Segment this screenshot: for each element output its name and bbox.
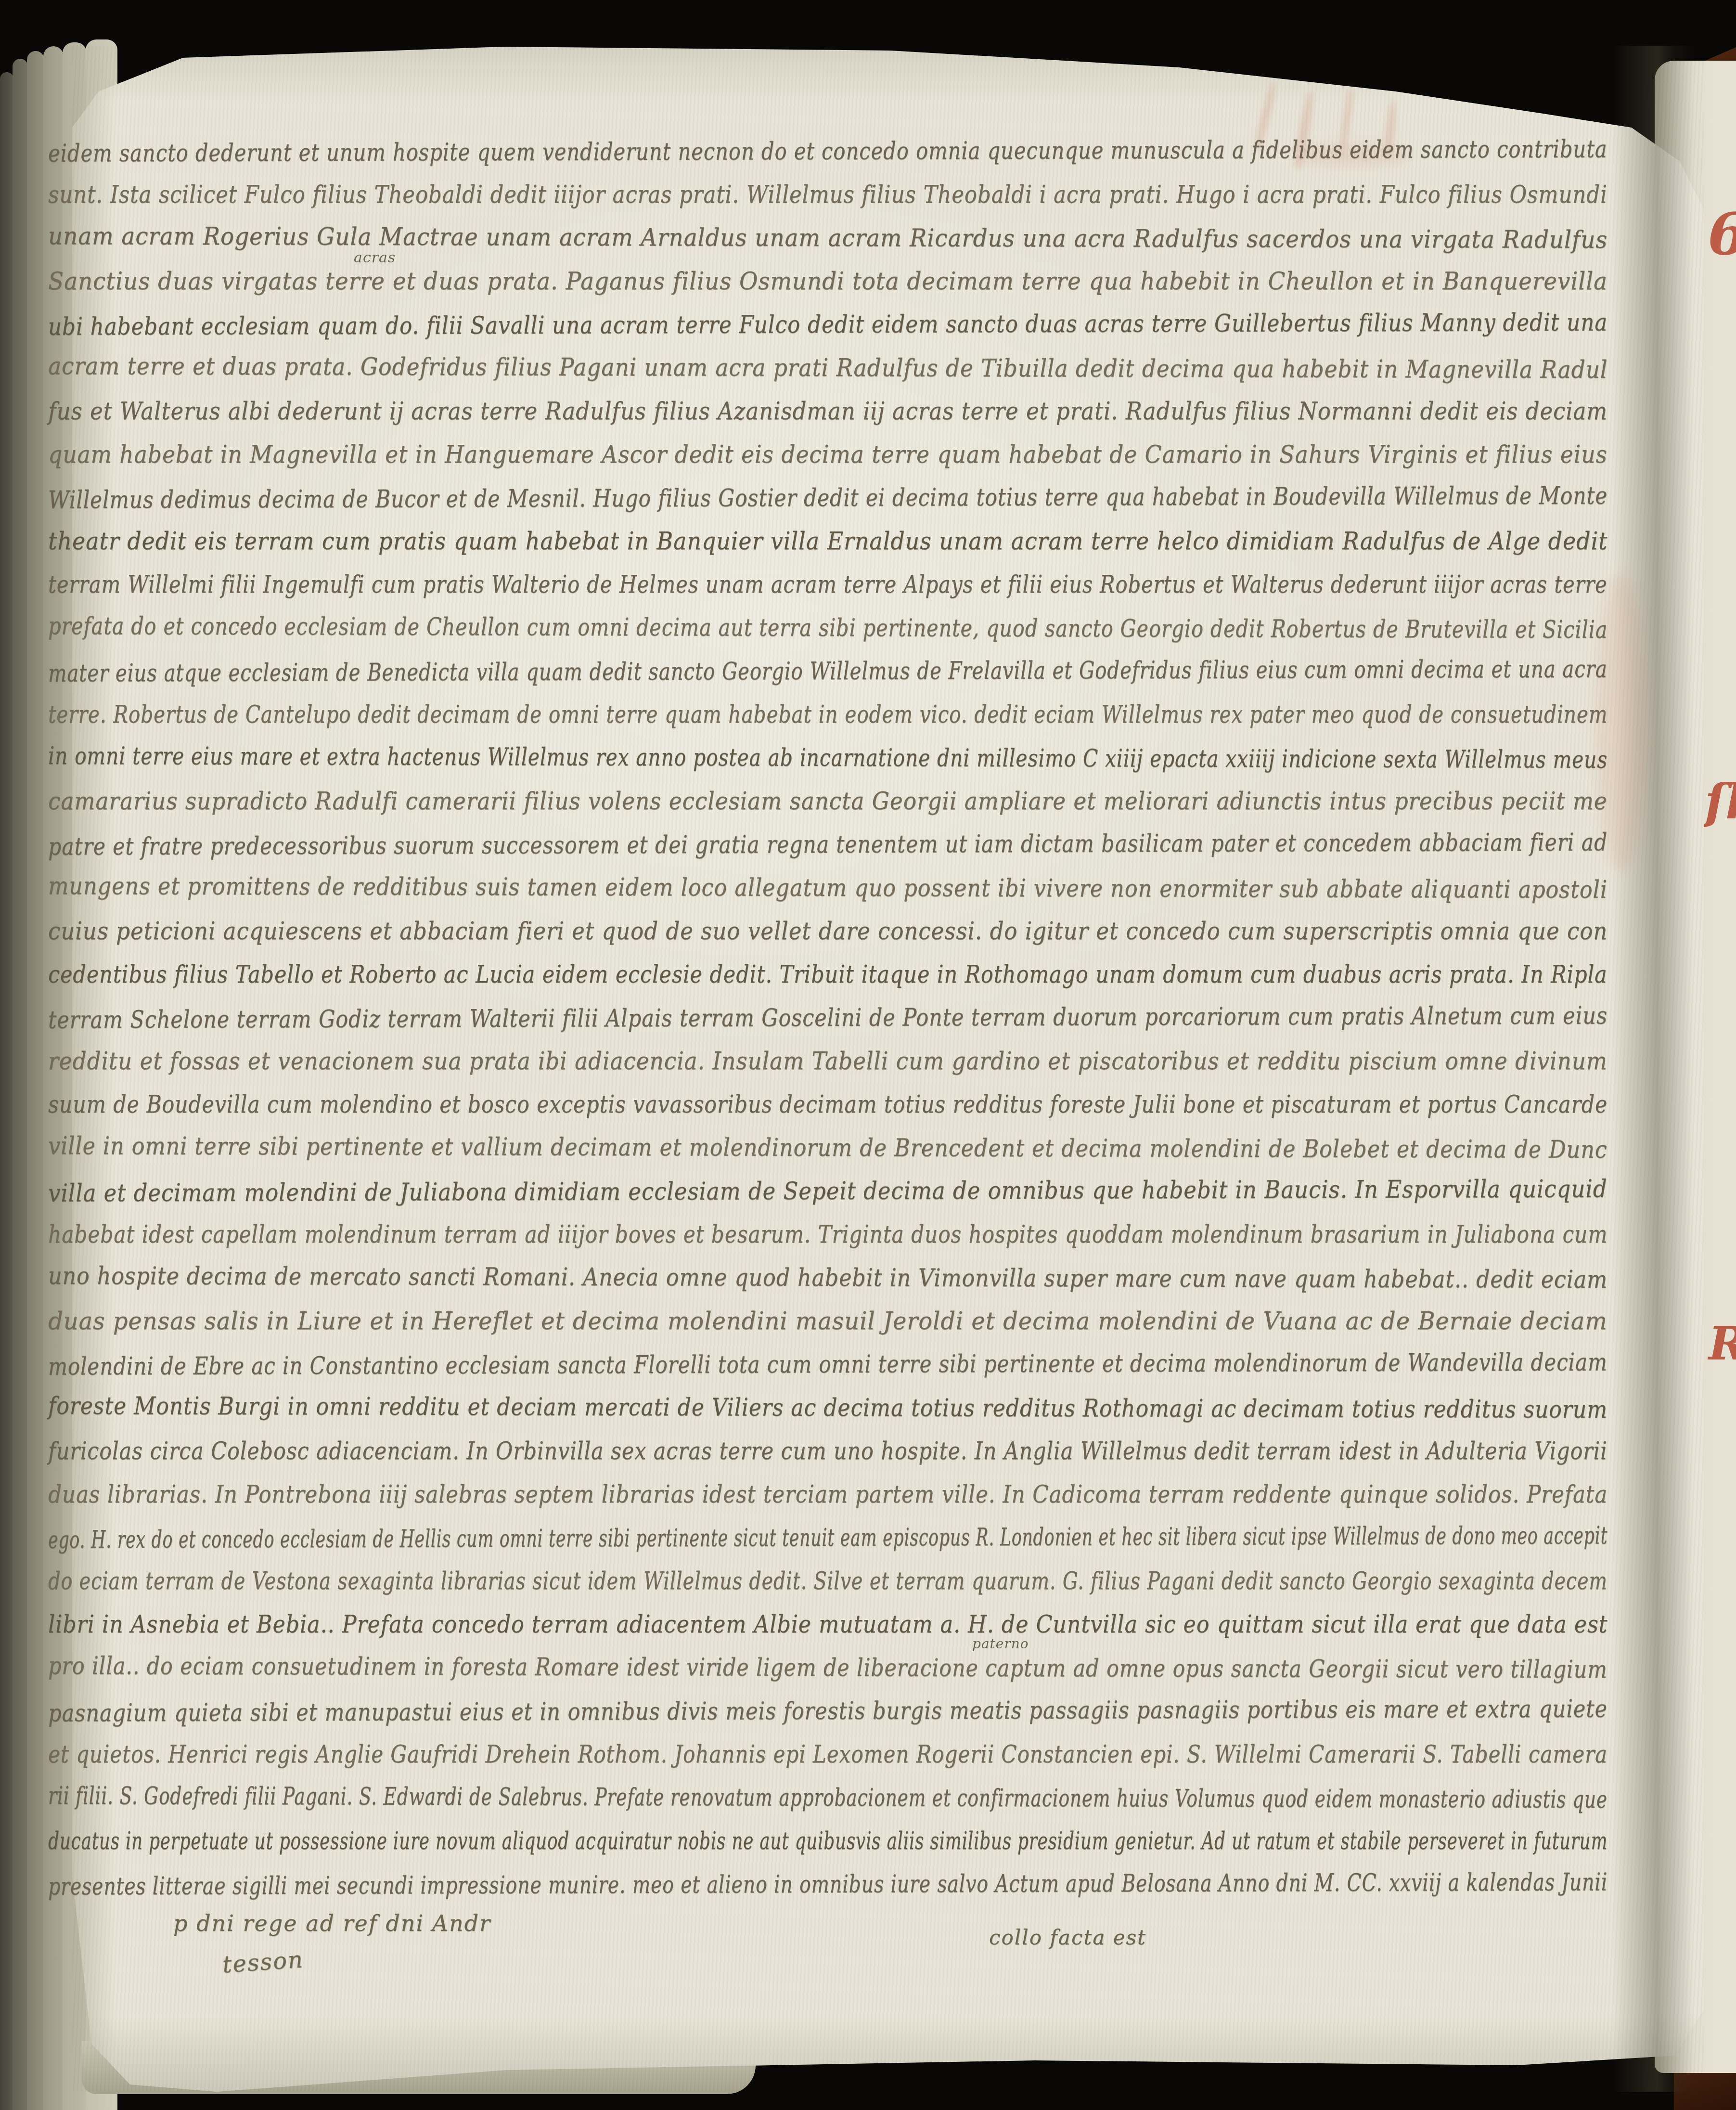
text-line-content: redditu et fossas et venacionem sua prat… <box>48 1047 1607 1075</box>
text-line-content: libri in Asnebia et Bebia.. Prefata conc… <box>48 1610 1607 1638</box>
text-line-content: et quietos. Henrici regis Anglie Gaufrid… <box>48 1740 1607 1768</box>
text-line-content: uno hospite decima de mercato sancti Rom… <box>48 1262 1607 1294</box>
text-line: patre et fratre predecessoribus suorum s… <box>48 828 1607 867</box>
text-line-content: mungens et promittens de redditibus suis… <box>48 872 1607 904</box>
text-line: ubi habebant ecclesiam quam do. filii Sa… <box>48 308 1607 347</box>
text-line-content: suum de Boudevilla cum molendino et bosc… <box>48 1090 1607 1118</box>
text-line: et quietos. Henrici regis Anglie Gaufrid… <box>48 1740 1607 1775</box>
text-line-content: mater eius atque ecclesiam de Benedicta … <box>48 655 1607 687</box>
collation-note: collo facta est <box>989 1926 1146 1949</box>
text-line: libri in Asnebia et Bebia.. Prefata conc… <box>48 1610 1607 1645</box>
text-line-content: furicolas circa Colebosc adiacenciam. In… <box>48 1437 1607 1465</box>
text-line: duas librarias. In Pontrebona iiij saleb… <box>48 1480 1607 1515</box>
manuscript-photo: { "manuscript": { "lines": [ "eidem sanc… <box>0 0 1736 2110</box>
text-line-content: acram terre et duas prata. Godefridus fi… <box>48 352 1607 384</box>
text-line-content: foreste Montis Burgi in omni redditu et … <box>48 1392 1607 1424</box>
text-line: fus et Walterus albi dederunt ij acras t… <box>48 397 1607 432</box>
text-line-content: ville in omni terre sibi pertinente et v… <box>48 1132 1607 1164</box>
text-line-content: terram Willelmi filii Ingemulfi cum prat… <box>48 570 1607 598</box>
text-line-content: camararius supradicto Radulfi camerarii … <box>48 787 1607 815</box>
text-line-content: prefata do et concedo ecclesiam de Cheul… <box>48 612 1607 644</box>
charter-text-block: eidem sancto dederunt et unum hospite qu… <box>0 0 1736 2110</box>
text-line: molendini de Ebre ac in Constantino eccl… <box>48 1348 1607 1387</box>
text-line-content: eidem sancto dederunt et unum hospite qu… <box>48 135 1607 167</box>
text-line-content: Willelmus dedimus decima de Bucor et de … <box>48 481 1607 514</box>
text-line: terre. Robertus de Cantelupo dedit decim… <box>48 700 1607 735</box>
text-line-content: pro illa.. do eciam consuetudinem in for… <box>48 1652 1607 1683</box>
text-line-content: habebat idest capellam molendinum terram… <box>48 1220 1607 1248</box>
text-line-content: sunt. Ista scilicet Fulco filius Theobal… <box>48 181 1607 208</box>
text-line: pasnagium quieta sibi et manupastui eius… <box>48 1695 1607 1734</box>
text-line: theatr dedit eis terram cum pratis quam … <box>48 527 1607 562</box>
text-line: prefata do et concedo ecclesiam de Cheul… <box>48 612 1607 650</box>
text-line: ville in omni terre sibi pertinente et v… <box>48 1132 1607 1170</box>
text-line: Willelmus dedimus decima de Bucor et de … <box>48 481 1607 520</box>
text-line-content: in omni terre eius mare et extra hactenu… <box>48 742 1607 774</box>
text-line-content: theatr dedit eis terram cum pratis quam … <box>48 527 1607 555</box>
text-line: ducatus in perpetuate ut possessione iur… <box>48 1827 1607 1862</box>
text-line: cedentibus filius Tabello et Roberto ac … <box>48 960 1607 995</box>
text-line-content: cedentibus filius Tabello et Roberto ac … <box>48 960 1607 988</box>
text-line-content: ducatus in perpetuate ut possessione iur… <box>48 1827 1607 1855</box>
text-line: duas pensas salis in Liure et in Herefle… <box>48 1307 1607 1342</box>
text-line-content: molendini de Ebre ac in Constantino eccl… <box>48 1348 1607 1380</box>
text-line-content: rii filii. S. Godefredi filii Pagani. S.… <box>48 1782 1607 1813</box>
text-line-content: unam acram Rogerius Gula Mactrae unam ac… <box>48 222 1607 254</box>
text-line-content: terram Schelone terram Godiz terram Walt… <box>48 1001 1607 1034</box>
text-line-content: ubi habebant ecclesiam quam do. filii Sa… <box>48 308 1607 340</box>
text-line-content: fus et Walterus albi dederunt ij acras t… <box>48 397 1607 425</box>
text-line: foreste Montis Burgi in omni redditu et … <box>48 1392 1607 1430</box>
text-line: mater eius atque ecclesiam de Benedicta … <box>48 655 1607 694</box>
text-line: rii filii. S. Godefredi filii Pagani. S.… <box>48 1782 1607 1820</box>
interlinear-note: paterno <box>972 1636 1029 1652</box>
text-line: eidem sancto dederunt et unum hospite qu… <box>48 135 1607 174</box>
text-line: terram Schelone terram Godiz terram Walt… <box>48 1001 1607 1040</box>
text-line-content: terre. Robertus de Cantelupo dedit decim… <box>48 700 1607 728</box>
interlinear-note: acras <box>354 249 396 266</box>
text-line-content: ego. H. rex do et concedo ecclesiam de H… <box>48 1521 1607 1553</box>
text-line-content: duas librarias. In Pontrebona iiij saleb… <box>48 1480 1607 1508</box>
text-line: unam acram Rogerius Gula Mactrae unam ac… <box>48 222 1607 260</box>
text-line-content: quam habebat in Magnevilla et in Hanguem… <box>48 440 1607 468</box>
closing-line: p dni rege ad ref dni Andr <box>173 1910 491 1936</box>
text-line: suum de Boudevilla cum molendino et bosc… <box>48 1090 1607 1125</box>
scribe-note-tesson: tesson <box>221 1946 304 1979</box>
text-line: pro illa.. do eciam consuetudinem in for… <box>48 1652 1607 1690</box>
text-line: acram terre et duas prata. Godefridus fi… <box>48 352 1607 390</box>
text-line: camararius supradicto Radulfi camerarii … <box>48 787 1607 822</box>
text-line-content: presentes litterae sigilli mei secundi i… <box>48 1868 1607 1900</box>
text-line: do eciam terram de Vestona sexaginta lib… <box>48 1567 1607 1602</box>
text-line-content: cuius peticioni acquiescens et abbaciam … <box>48 917 1607 945</box>
text-line: quam habebat in Magnevilla et in Hanguem… <box>48 440 1607 475</box>
text-line-content: do eciam terram de Vestona sexaginta lib… <box>48 1567 1607 1595</box>
text-line: villa et decimam molendini de Juliabona … <box>48 1175 1607 1214</box>
text-line-content: villa et decimam molendini de Juliabona … <box>48 1175 1607 1207</box>
text-line-content: duas pensas salis in Liure et in Herefle… <box>48 1307 1607 1335</box>
text-line: cuius peticioni acquiescens et abbaciam … <box>48 917 1607 952</box>
text-line: sunt. Ista scilicet Fulco filius Theobal… <box>48 181 1607 215</box>
text-line: furicolas circa Colebosc adiacenciam. In… <box>48 1437 1607 1472</box>
text-line: ego. H. rex do et concedo ecclesiam de H… <box>48 1521 1607 1560</box>
text-line-content: patre et fratre predecessoribus suorum s… <box>48 828 1607 860</box>
text-line: presentes litterae sigilli mei secundi i… <box>48 1868 1607 1907</box>
text-line: in omni terre eius mare et extra hactenu… <box>48 742 1607 780</box>
text-line-content: pasnagium quieta sibi et manupastui eius… <box>48 1695 1607 1727</box>
text-line: redditu et fossas et venacionem sua prat… <box>48 1047 1607 1082</box>
text-line: uno hospite decima de mercato sancti Rom… <box>48 1262 1607 1300</box>
text-line: habebat idest capellam molendinum terram… <box>48 1220 1607 1255</box>
text-line: terram Willelmi filii Ingemulfi cum prat… <box>48 570 1607 605</box>
text-line: mungens et promittens de redditibus suis… <box>48 872 1607 910</box>
text-line: Sanctius duas virgatas terre et duas pra… <box>48 267 1607 302</box>
text-line-content: Sanctius duas virgatas terre et duas pra… <box>48 267 1607 295</box>
